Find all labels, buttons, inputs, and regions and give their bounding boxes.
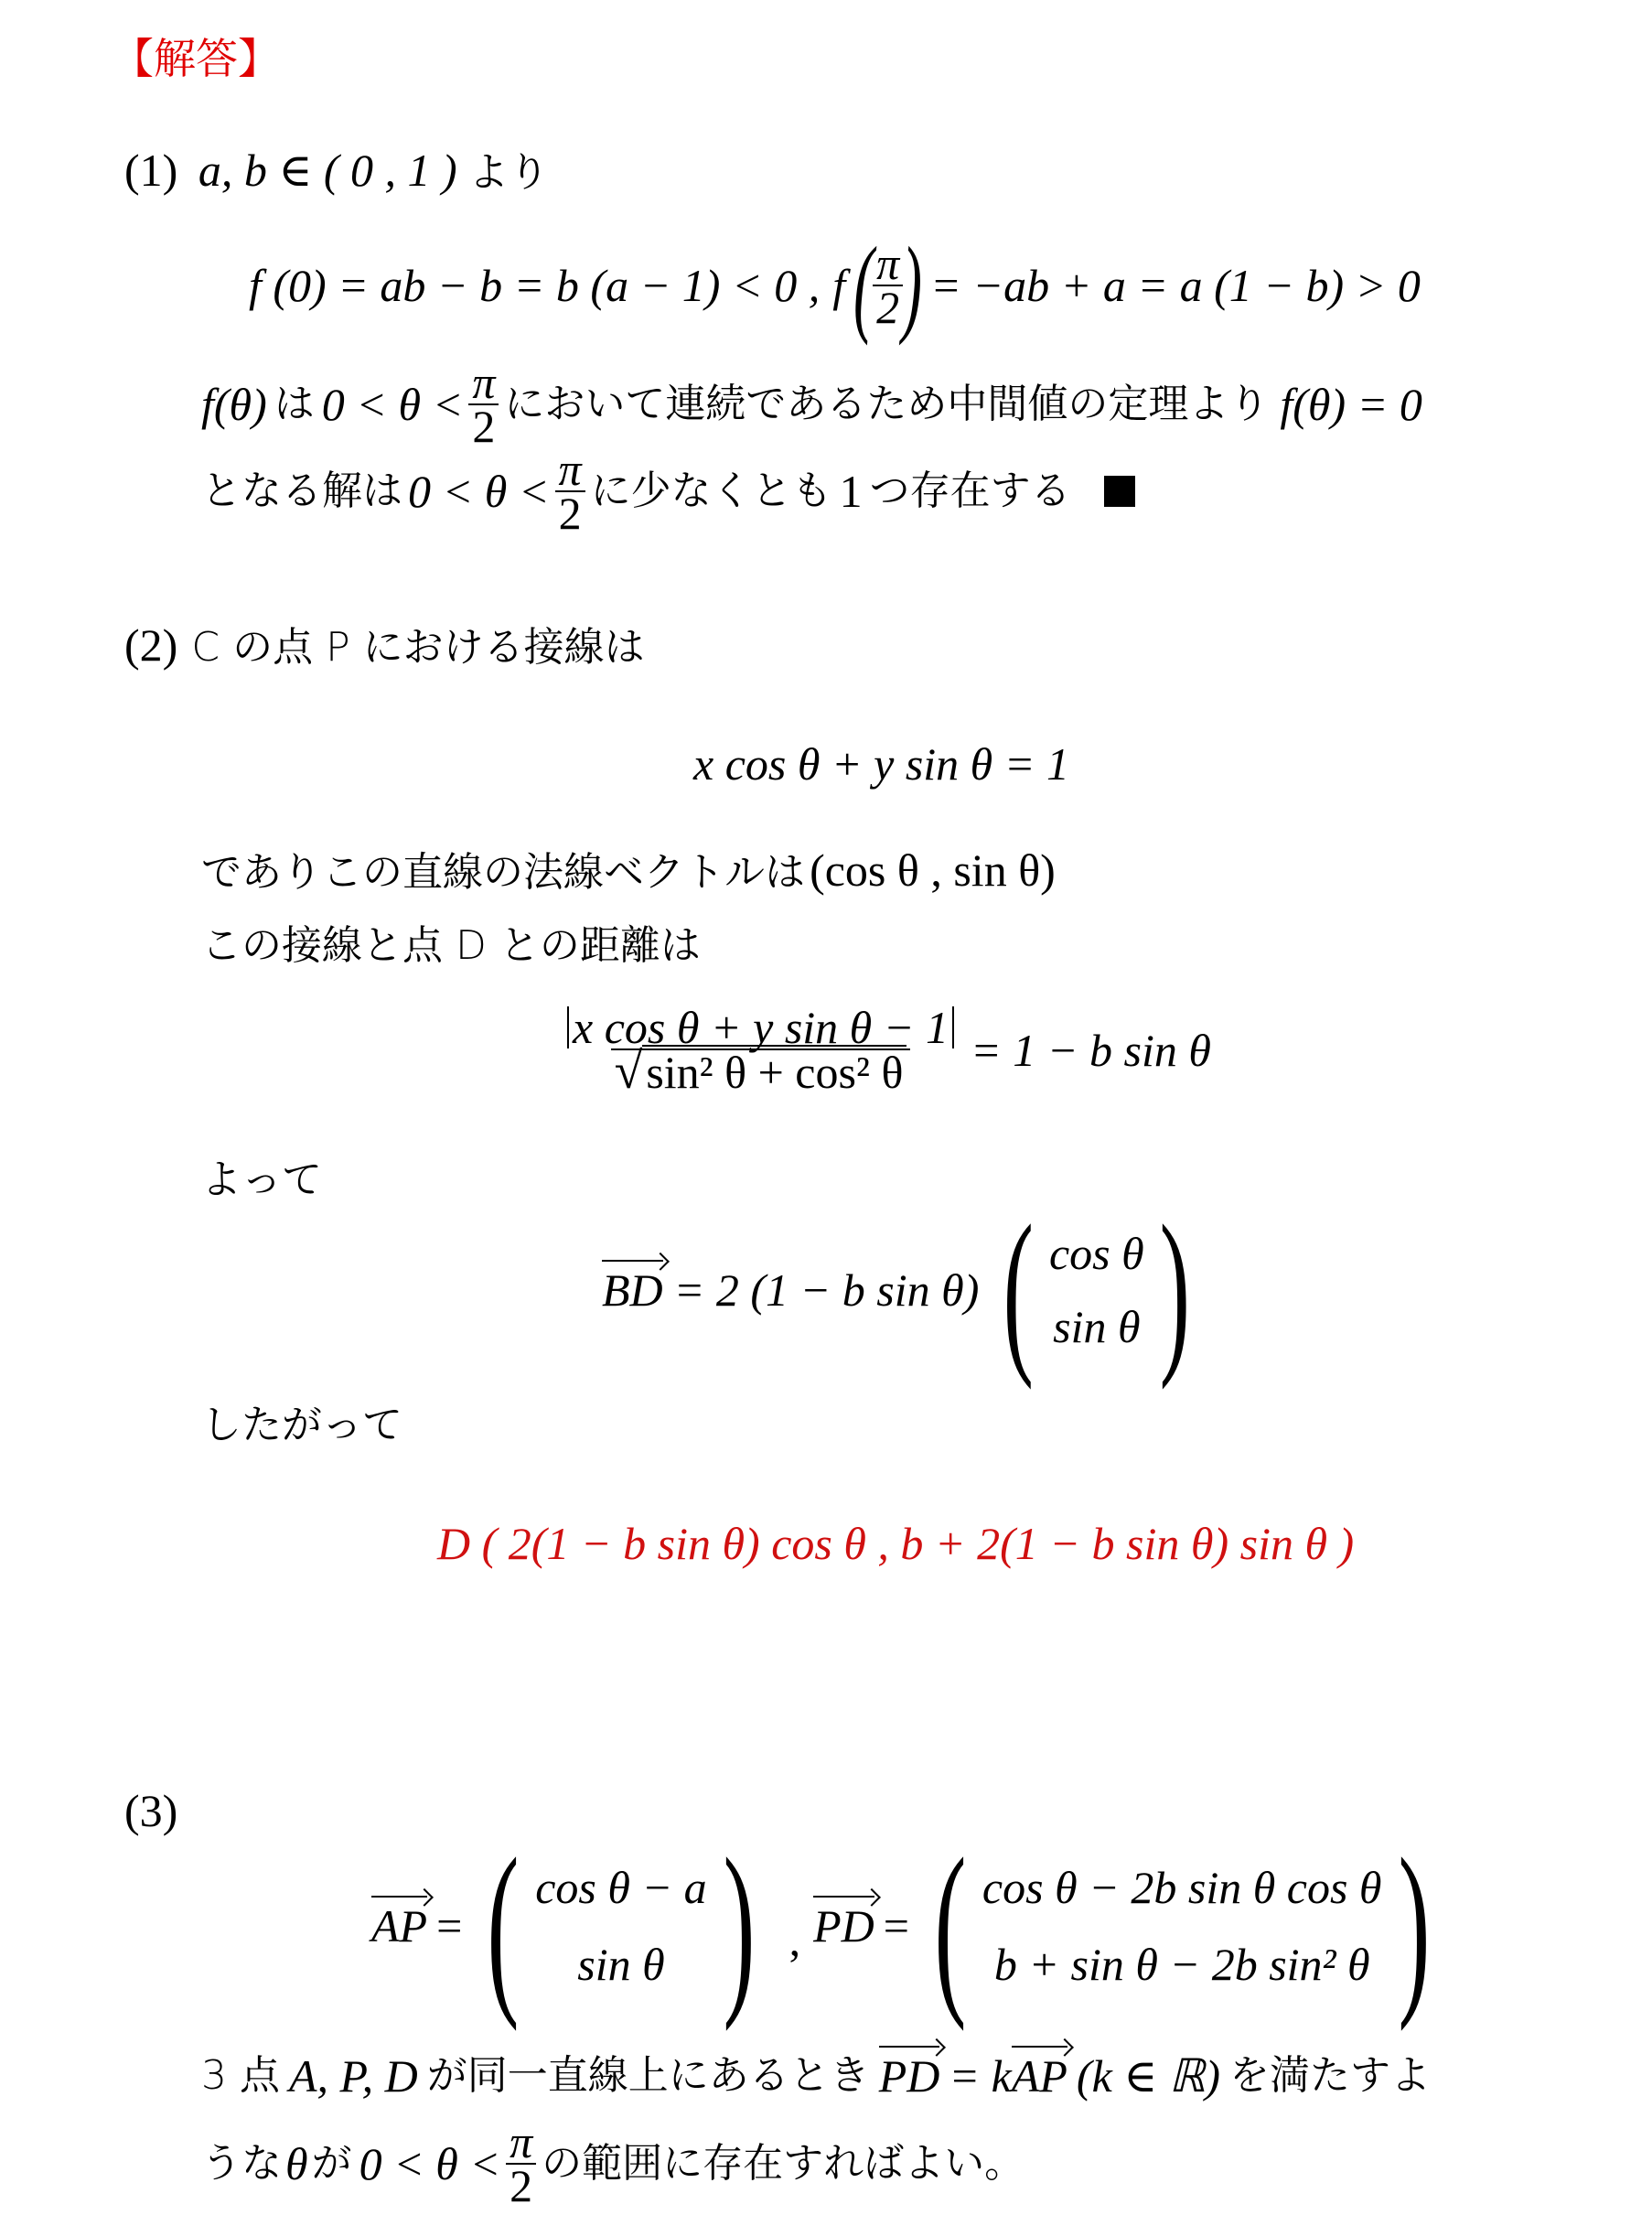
vector-equations: AP = ( cos θ − a sin θ ) , PD = ( cos θ … [371,1839,1445,2013]
point-d-result: D ( 2(1 − b sin θ) cos θ , b + 2(1 − b s… [437,1517,1354,1570]
distance-formula: x cos θ + y sin θ − 1 √sin² θ + cos² θ =… [558,1006,1211,1093]
part1-label: (1) [124,145,177,196]
part2-intro: (2) C の点 P における接線は [124,618,645,673]
bd-vector-equation: BD = 2 (1 − b sin θ) ( cos θ sin θ ) [602,1208,1205,1372]
bd-direction-matrix: ( cos θ sin θ ) [988,1208,1205,1372]
vector-bd: BD [602,1263,663,1317]
part1-line-2: となる解は 0 < θ < π 2 に少なくとも 1 つ存在する [201,448,1135,534]
paren-left: ( [853,240,874,331]
pi-over-2: π 2 [468,361,499,447]
vector-ap: AP [371,1899,427,1952]
tangent-equation: x cos θ + y sin θ = 1 [693,737,1069,790]
part2-label: (2) [124,619,177,671]
paren-right: ) [902,240,922,331]
therefore-1: よって [201,1155,322,1206]
therefore-2: したがって [201,1400,402,1451]
pi-over-2: π 2 [555,448,585,534]
part1-intro: (1) a, b ∈ ( 0 , 1 ) より [124,139,549,198]
answer-title: 【解答】 [112,26,280,86]
vector-pd: PD [813,1899,874,1952]
vector-pd-inline: PD [879,2049,940,2102]
part1-equation-1: f (0) = ab − b = b (a − 1) < 0 , f ( π 2… [249,240,1421,331]
eq1-f: f [832,259,845,312]
eq1-right: = −ab + a = a (1 − b) > 0 [930,259,1421,312]
part1-line-1: f(θ) は 0 < θ < π 2 において連続であるため中間値の定理より f… [201,361,1422,447]
normal-vector-line: でありこの直線の法線ベクトルは (cos θ , sin θ) [201,844,1056,898]
pi-over-2: π 2 [506,2121,536,2207]
pd-matrix: ( cos θ − 2b sin θ cos θ b + sin θ − 2b … [918,1839,1445,2013]
part1-intro-math: a, b ∈ ( 0 , 1 ) [198,145,457,196]
part3-line-2: うな θ が 0 < θ < π 2 の範囲に存在すればよい。 [201,2121,1024,2207]
qed-square-icon [1104,476,1135,507]
distance-intro: この接線と点 D との距離は [201,920,701,972]
part1-intro-text: より [468,149,549,196]
part3-label: (3) [124,1784,177,1837]
pi-over-2: π 2 [873,242,903,328]
part3-line-1: 3 点 A, P, D が同一直線上にあるとき PD = k AP (k ∈ ℝ… [201,2049,1431,2102]
ap-matrix: ( cos θ − a sin θ ) [471,1839,770,2013]
eq1-left: f (0) = ab − b = b (a − 1) < 0 , [249,259,820,312]
vector-ap-inline: AP [1012,2049,1067,2102]
